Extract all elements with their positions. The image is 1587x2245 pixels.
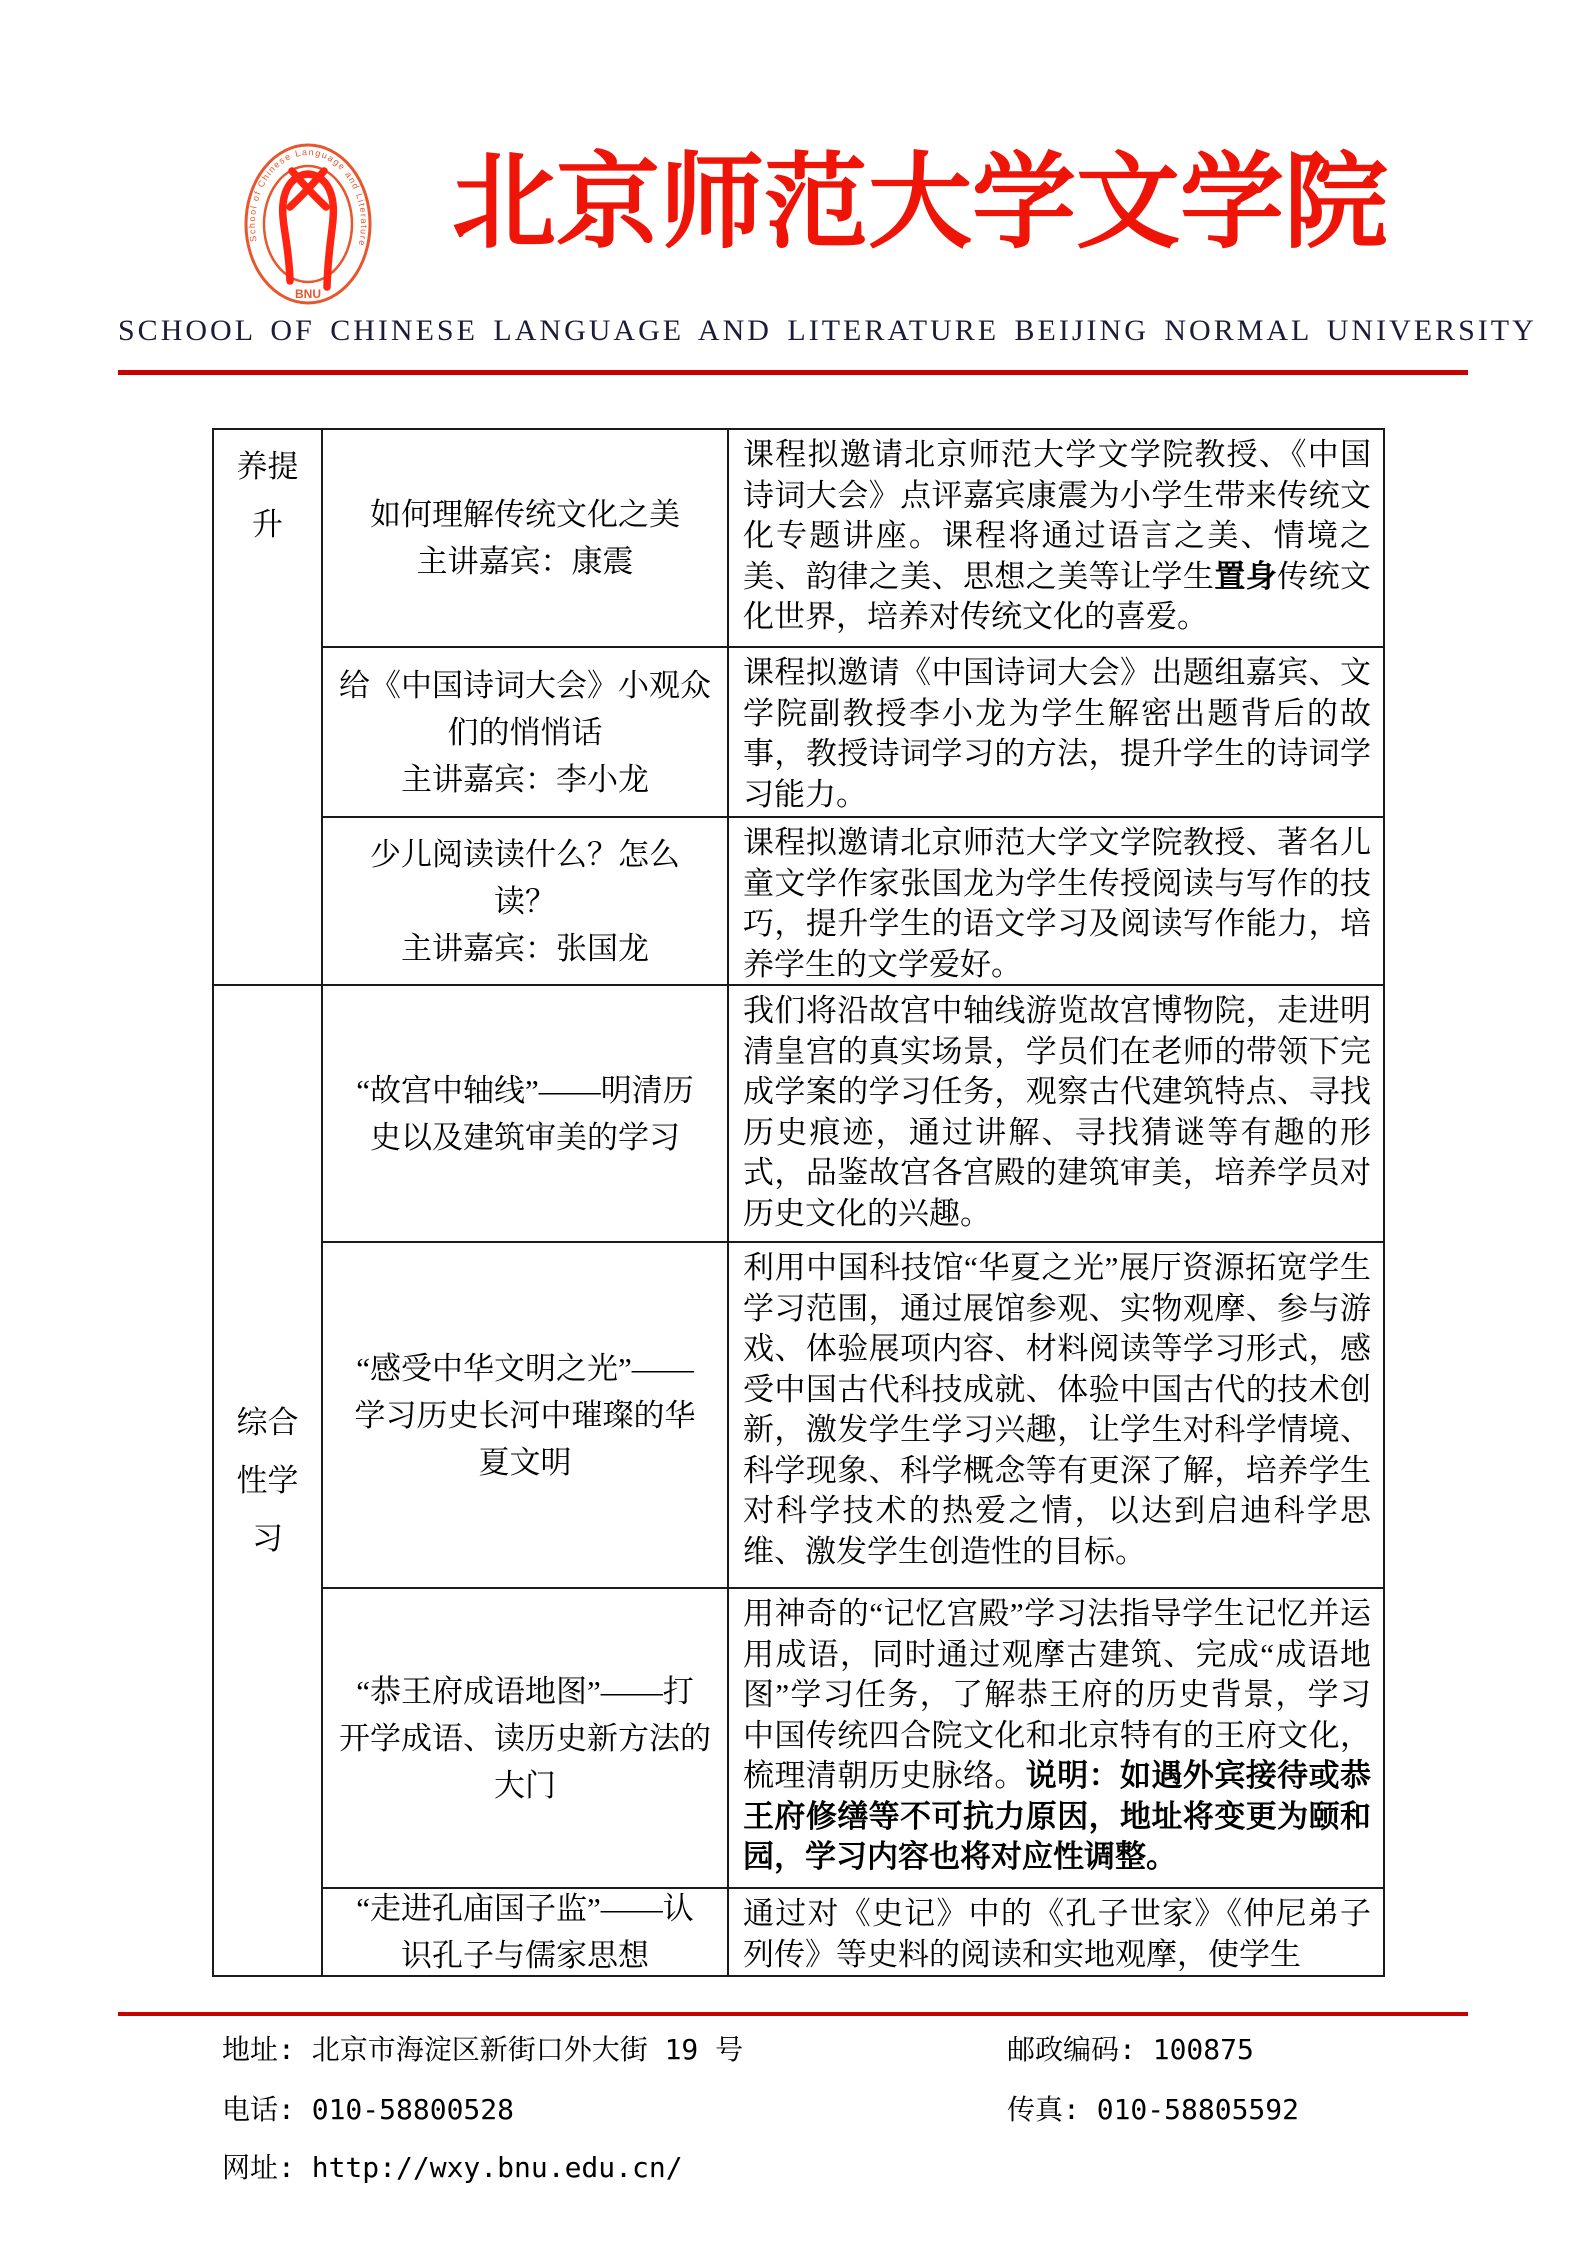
- logo-bnu-text: BNU: [295, 287, 321, 301]
- footer-divider-line: [118, 2012, 1468, 2016]
- school-title-english: SCHOOL OF CHINESE LANGUAGE AND LITERATUR…: [118, 314, 1468, 348]
- course-title-cell: 少儿阅读读什么？怎么 读？ 主讲嘉宾：张国龙: [323, 818, 729, 984]
- course-table: 养提 升 如何理解传统文化之美 主讲嘉宾：康震 课程拟邀请北京师范大学文学院教授…: [212, 428, 1385, 1977]
- course-title-cell: 给《中国诗词大会》小观众 们的悄悄话 主讲嘉宾：李小龙: [323, 648, 729, 816]
- category-cell: 养提 升: [214, 430, 323, 984]
- course-title-cell: “恭王府成语地图”——打 开学成语、读历史新方法的 大门: [323, 1589, 729, 1887]
- table-section-yangtisheng: 养提 升 如何理解传统文化之美 主讲嘉宾：康震 课程拟邀请北京师范大学文学院教授…: [214, 430, 1383, 984]
- footer-line-website: 网址: http://wxy.bnu.edu.cn/: [222, 2146, 1412, 2186]
- course-desc-cell: 课程拟邀请《中国诗词大会》出题组嘉宾、文学院副教授李小龙为学生解密出题背后的故事…: [729, 648, 1383, 816]
- footer-fax: 传真: 010-58805592: [1007, 2088, 1299, 2128]
- course-title-cell: 如何理解传统文化之美 主讲嘉宾：康震: [323, 430, 729, 646]
- table-row: 少儿阅读读什么？怎么 读？ 主讲嘉宾：张国龙 课程拟邀请北京师范大学文学院教授、…: [323, 816, 1383, 984]
- course-desc-cell: 课程拟邀请北京师范大学文学院教授、著名儿童文学作家张国龙为学生传授阅读与写作的技…: [729, 818, 1383, 984]
- footer-line-phone: 电话: 010-58800528 传真: 010-58805592: [222, 2088, 1412, 2128]
- course-title-cell: “感受中华文明之光”—— 学习历史长河中璀璨的华 夏文明: [323, 1243, 729, 1587]
- course-desc-cell: 用神奇的“记忆宫殿”学习法指导学生记忆并运用成语，同时通过观摩古建筑、完成“成语…: [729, 1589, 1383, 1887]
- table-row: “恭王府成语地图”——打 开学成语、读历史新方法的 大门 用神奇的“记忆宫殿”学…: [323, 1587, 1383, 1887]
- table-row: “故宫中轴线”——明清历 史以及建筑审美的学习 我们将沿故宫中轴线游览故宫博物院…: [323, 986, 1383, 1241]
- header-divider-line: [118, 370, 1468, 375]
- document-page: School of Chinese Language and Literatur…: [0, 0, 1587, 2245]
- school-title-chinese: 北京师范大学文学院: [452, 142, 1312, 272]
- table-row: “感受中华文明之光”—— 学习历史长河中璀璨的华 夏文明 利用中国科技馆“华夏之…: [323, 1241, 1383, 1587]
- table-row: “走进孔庙国子监”——认 识孔子与儒家思想 通过对《史记》中的《孔子世家》《仲尼…: [323, 1887, 1383, 1975]
- footer-postcode: 邮政编码: 100875: [1007, 2028, 1254, 2068]
- footer-website-url: 网址: http://wxy.bnu.edu.cn/: [222, 2151, 683, 2184]
- course-desc-cell: 课程拟邀请北京师范大学文学院教授、《中国诗词大会》点评嘉宾康震为小学生带来传统文…: [729, 430, 1383, 646]
- footer-address: 地址: 北京市海淀区新街口外大街 19 号: [222, 2033, 743, 2066]
- logo-wen-glyph-icon: [283, 171, 334, 287]
- footer-phone: 电话: 010-58800528: [222, 2093, 514, 2126]
- course-title-cell: “故宫中轴线”——明清历 史以及建筑审美的学习: [323, 986, 729, 1241]
- footer-line-address: 地址: 北京市海淀区新街口外大街 19 号 邮政编码: 100875: [222, 2028, 1412, 2068]
- course-title-cell: “走进孔庙国子监”——认 识孔子与儒家思想: [323, 1889, 729, 1975]
- category-cell: 综合 性学 习: [214, 986, 323, 1975]
- course-desc-cell: 利用中国科技馆“华夏之光”展厅资源拓宽学生学习范围，通过展馆参观、实物观摩、参与…: [729, 1243, 1383, 1587]
- table-row: 如何理解传统文化之美 主讲嘉宾：康震 课程拟邀请北京师范大学文学院教授、《中国诗…: [323, 430, 1383, 646]
- bnu-school-seal-logo: School of Chinese Language and Literatur…: [243, 141, 373, 307]
- course-desc-cell: 通过对《史记》中的《孔子世家》《仲尼弟子列传》等史料的阅读和实地观摩，使学生: [729, 1889, 1383, 1975]
- table-row: 给《中国诗词大会》小观众 们的悄悄话 主讲嘉宾：李小龙 课程拟邀请《中国诗词大会…: [323, 646, 1383, 816]
- table-section-zonghexing: 综合 性学 习 “故宫中轴线”——明清历 史以及建筑审美的学习 我们将沿故宫中轴…: [214, 984, 1383, 1975]
- course-desc-cell: 我们将沿故宫中轴线游览故宫博物院，走进明清皇宫的真实场景，学员们在老师的带领下完…: [729, 986, 1383, 1241]
- logo-inner-ring: [264, 166, 352, 282]
